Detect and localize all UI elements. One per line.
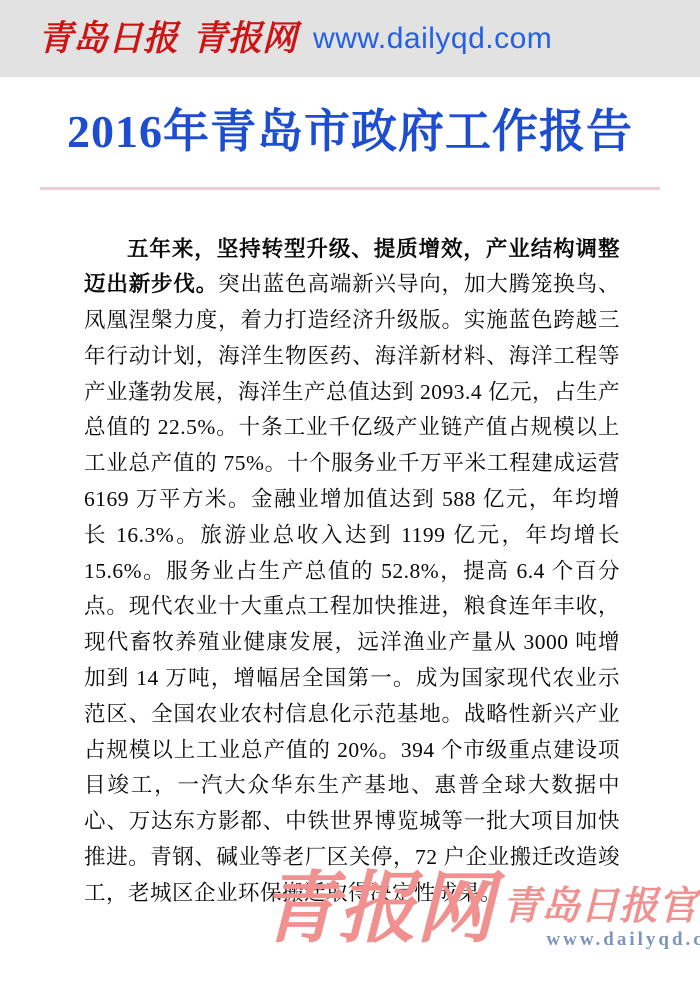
article-title: 2016年青岛市政府工作报告 bbox=[20, 103, 680, 161]
watermark-site-url: www.dailyqd.com bbox=[546, 929, 700, 951]
header-site-url-link[interactable]: www.dailyqd.com bbox=[313, 22, 552, 56]
qingbao-wang-logo[interactable]: 青报网 bbox=[192, 21, 297, 56]
title-divider-line bbox=[40, 187, 660, 190]
site-header: 青岛日报 青报网 www.dailyqd.com bbox=[0, 0, 700, 77]
qingdao-daily-logo[interactable]: 青岛日报 bbox=[38, 21, 178, 56]
article-body-paragraph: 五年来，坚持转型升级、提质增效，产业结构调整迈出新步伐。突出蓝色高端新兴导向，加… bbox=[84, 232, 620, 912]
article-body-text: 突出蓝色高端新兴导向，加大腾笼换鸟、凤凰涅槃力度，着力打造经济升级版。实施蓝色跨… bbox=[84, 272, 620, 905]
